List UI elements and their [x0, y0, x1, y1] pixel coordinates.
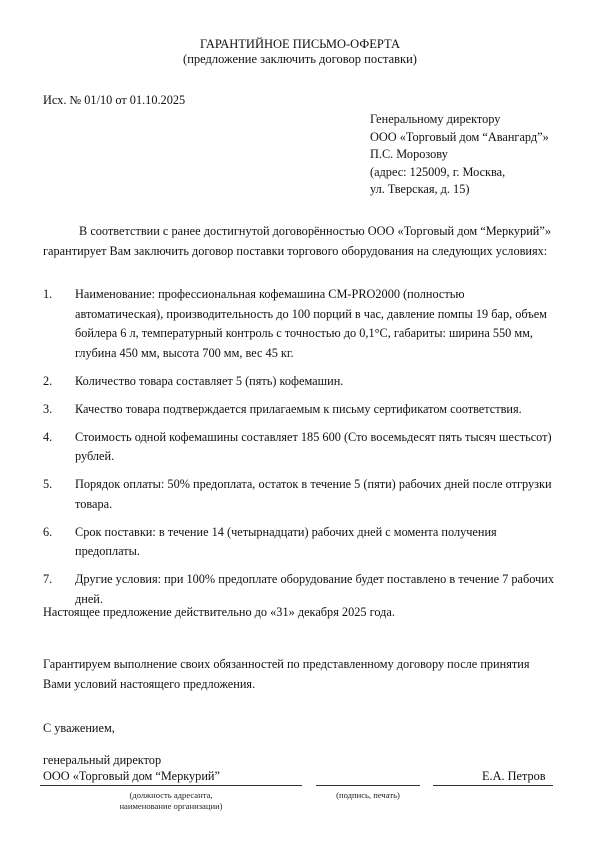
sender-organization: ООО «Торговый дом “Меркурий” [43, 769, 220, 785]
terms-item-number: 2. [43, 372, 52, 392]
signature-stamp-line [316, 785, 420, 786]
sender-position: генеральный директор [43, 753, 220, 769]
terms-item-text: Стоимость одной кофемашины составляет 18… [75, 430, 552, 464]
terms-item-number: 7. [43, 570, 52, 590]
signer-name: Е.А. Петров [482, 769, 546, 784]
terms-item-text: Наименование: профессиональная кофемашин… [75, 287, 547, 360]
guarantee-statement: Гарантируем выполнение своих обязанносте… [43, 655, 558, 694]
terms-item-text: Порядок оплаты: 50% предоплата, остаток … [75, 477, 552, 511]
addressee-block: Генеральному директору ООО «Торговый дом… [370, 111, 549, 199]
closing-regards: С уважением, [43, 721, 115, 736]
position-caption-line: (должность адресанта, [40, 790, 302, 801]
intro-paragraph: В соответствии с ранее достигнутой догов… [43, 222, 551, 261]
addressee-line: П.С. Морозову [370, 146, 549, 164]
terms-item-number: 4. [43, 428, 52, 448]
terms-item-number: 6. [43, 523, 52, 543]
terms-item: 4.Стоимость одной кофемашины составляет … [43, 428, 555, 467]
addressee-line: Генеральному директору [370, 111, 549, 129]
terms-item-text: Срок поставки: в течение 14 (четырнадцат… [75, 525, 497, 559]
terms-item: 3.Качество товара подтверждается прилага… [43, 400, 555, 420]
terms-item: 7.Другие условия: при 100% предоплате об… [43, 570, 555, 609]
terms-item: 2.Количество товара составляет 5 (пять) … [43, 372, 555, 392]
terms-item-number: 5. [43, 475, 52, 495]
terms-item-number: 3. [43, 400, 52, 420]
document-subtitle: (предложение заключить договор поставки) [0, 52, 600, 67]
terms-item-text: Другие условия: при 100% предоплате обор… [75, 572, 554, 606]
outgoing-reference: Исх. № 01/10 от 01.10.2025 [43, 93, 185, 108]
addressee-line: ул. Тверская, д. 15) [370, 181, 549, 199]
document-title: ГАРАНТИЙНОЕ ПИСЬМО-ОФЕРТА [0, 37, 600, 52]
terms-item: 5.Порядок оплаты: 50% предоплата, остато… [43, 475, 555, 514]
position-caption: (должность адресанта, наименование орган… [40, 790, 302, 811]
terms-item-number: 1. [43, 285, 52, 305]
terms-item-text: Количество товара составляет 5 (пять) ко… [75, 374, 343, 388]
sender-position-block: генеральный директор ООО «Торговый дом “… [43, 753, 220, 784]
signer-name-line [433, 785, 553, 786]
validity-statement: Настоящее предложение действительно до «… [43, 605, 395, 620]
position-signature-line [40, 785, 302, 786]
addressee-line: ООО «Торговый дом “Авангард”» [370, 129, 549, 147]
terms-item: 6.Срок поставки: в течение 14 (четырнадц… [43, 523, 555, 562]
addressee-line: (адрес: 125009, г. Москва, [370, 164, 549, 182]
terms-item-text: Качество товара подтверждается прилагаем… [75, 402, 522, 416]
position-caption-line: наименование организации) [40, 801, 302, 812]
terms-list: 1.Наименование: профессиональная кофемаш… [43, 285, 555, 618]
signature-caption: (подпись, печать) [316, 790, 420, 801]
terms-item: 1.Наименование: профессиональная кофемаш… [43, 285, 555, 363]
document-title-block: ГАРАНТИЙНОЕ ПИСЬМО-ОФЕРТА (предложение з… [0, 37, 600, 67]
